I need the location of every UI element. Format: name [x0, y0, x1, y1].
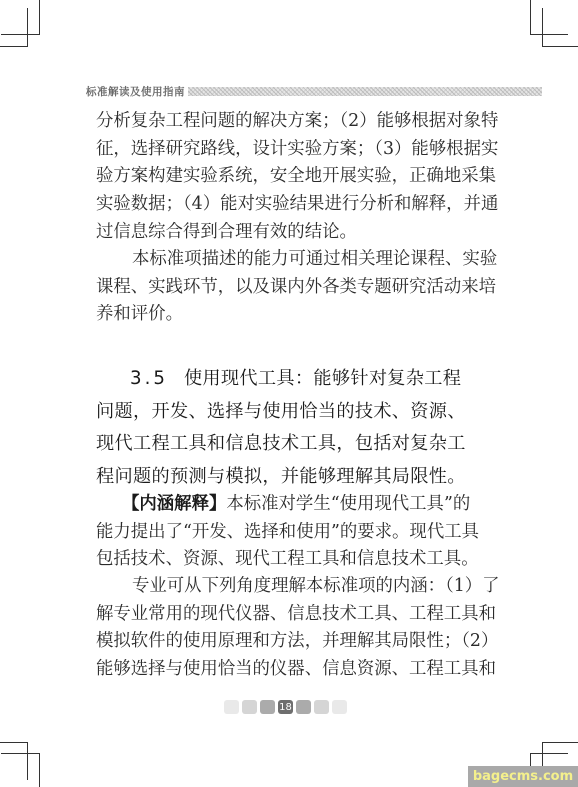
running-header: 标准解读及使用指南	[86, 82, 185, 100]
text-line: 课程、实践环节，以及课内外各类专题研究活动来培	[96, 274, 476, 302]
paragraph-continuation: 分析复杂工程问题的解决方案；（2）能够根据对象特 征，选择研究路线，设计实验方案…	[96, 108, 476, 246]
text-line: 验方案构建实验系统，安全地开展实验，正确地采集	[96, 163, 476, 191]
text-line: 能够选择与使用恰当的仪器、信息资源、工程工具和	[96, 656, 476, 684]
pager-box	[242, 700, 257, 714]
pager-box	[332, 700, 347, 714]
running-header-title: 标准解读及使用指南	[86, 84, 185, 99]
crop-mark-top-right-inner-v	[542, 8, 543, 47]
text-line: 【内涵解释】本标准对学生“使用现代工具”的	[96, 491, 476, 519]
page-number-indicator: 18	[224, 700, 347, 714]
watermark: bagecms.com	[468, 766, 578, 787]
text-line: 征，选择研究路线，设计实验方案；（3）能够根据实	[96, 136, 476, 164]
text-line: 本标准项描述的能力可通过相关理论课程、实验	[96, 246, 476, 274]
text-fragment: 本标准对学生“使用现代工具”的	[226, 494, 470, 514]
pager-box-current: 18	[278, 700, 293, 714]
heading-line: 程问题的预测与模拟，并能够理解其局限性。	[96, 461, 480, 494]
crop-mark-top-right-outer-h	[530, 34, 568, 35]
crop-mark-bottom-left-outer-v	[39, 753, 40, 787]
section-number: 3.5	[96, 368, 168, 389]
heading-line: 现代工程工具和信息技术工具，包括对复杂工	[96, 428, 480, 461]
heading-line: 问题，开发、选择与使用恰当的技术、资源、	[96, 396, 480, 429]
crop-mark-bottom-right-outer-h	[530, 753, 568, 754]
text-line: 包括技术、资源、现代工程工具和信息技术工具。	[96, 546, 476, 574]
paragraph-connotation: 【内涵解释】本标准对学生“使用现代工具”的 能力提出了“开发、选择和使用”的要求…	[96, 491, 476, 574]
crop-mark-bottom-left-inner-v	[27, 742, 28, 780]
crop-mark-bottom-right-inner-h	[542, 742, 578, 743]
text-line: 模拟软件的使用原理和方法，并理解其局限性；（2）	[96, 628, 476, 656]
crop-mark-bottom-left-inner-h	[0, 742, 28, 743]
text-line: 过信息综合得到合理有效的结论。	[96, 219, 476, 247]
heading-text: 使用现代工具：能够针对复杂工程	[184, 368, 461, 389]
text-line: 专业可从下列角度理解本标准项的内涵：（1）了	[96, 573, 476, 601]
pager-box	[314, 700, 329, 714]
text-line: 解专业常用的现代仪器、信息技术工具、工程工具和	[96, 601, 476, 629]
heading-line: 3.5使用现代工具：能够针对复杂工程	[96, 363, 480, 396]
text-line: 养和评价。	[96, 301, 476, 329]
paragraph-perspectives: 专业可从下列角度理解本标准项的内涵：（1）了 解专业常用的现代仪器、信息技术工具…	[96, 573, 476, 684]
text-line: 分析复杂工程问题的解决方案；（2）能够根据对象特	[96, 108, 476, 136]
crop-mark-top-right-outer-v	[530, 0, 531, 35]
crop-mark-top-left-outer-v	[39, 0, 40, 35]
crop-mark-top-right-inner-h	[542, 46, 578, 47]
connotation-tag: 【内涵解释】	[122, 494, 226, 514]
section-heading: 3.5使用现代工具：能够针对复杂工程 问题，开发、选择与使用恰当的技术、资源、 …	[96, 363, 480, 493]
text-line: 实验数据；（4）能对实验结果进行分析和解释，并通	[96, 191, 476, 219]
crop-mark-top-left-outer-h	[1, 34, 40, 35]
text-line: 能力提出了“开发、选择和使用”的要求。现代工具	[96, 519, 476, 547]
crop-mark-top-left-inner-v	[27, 8, 28, 47]
pager-box	[260, 700, 275, 714]
crop-mark-top-left-inner-h	[0, 46, 28, 47]
pager-box	[296, 700, 311, 714]
paragraph-evaluation: 本标准项描述的能力可通过相关理论课程、实验 课程、实践环节，以及课内外各类专题研…	[96, 246, 476, 329]
crop-mark-bottom-left-outer-h	[1, 753, 40, 754]
running-header-hatched-bar	[188, 87, 542, 96]
pager-box	[224, 700, 239, 714]
